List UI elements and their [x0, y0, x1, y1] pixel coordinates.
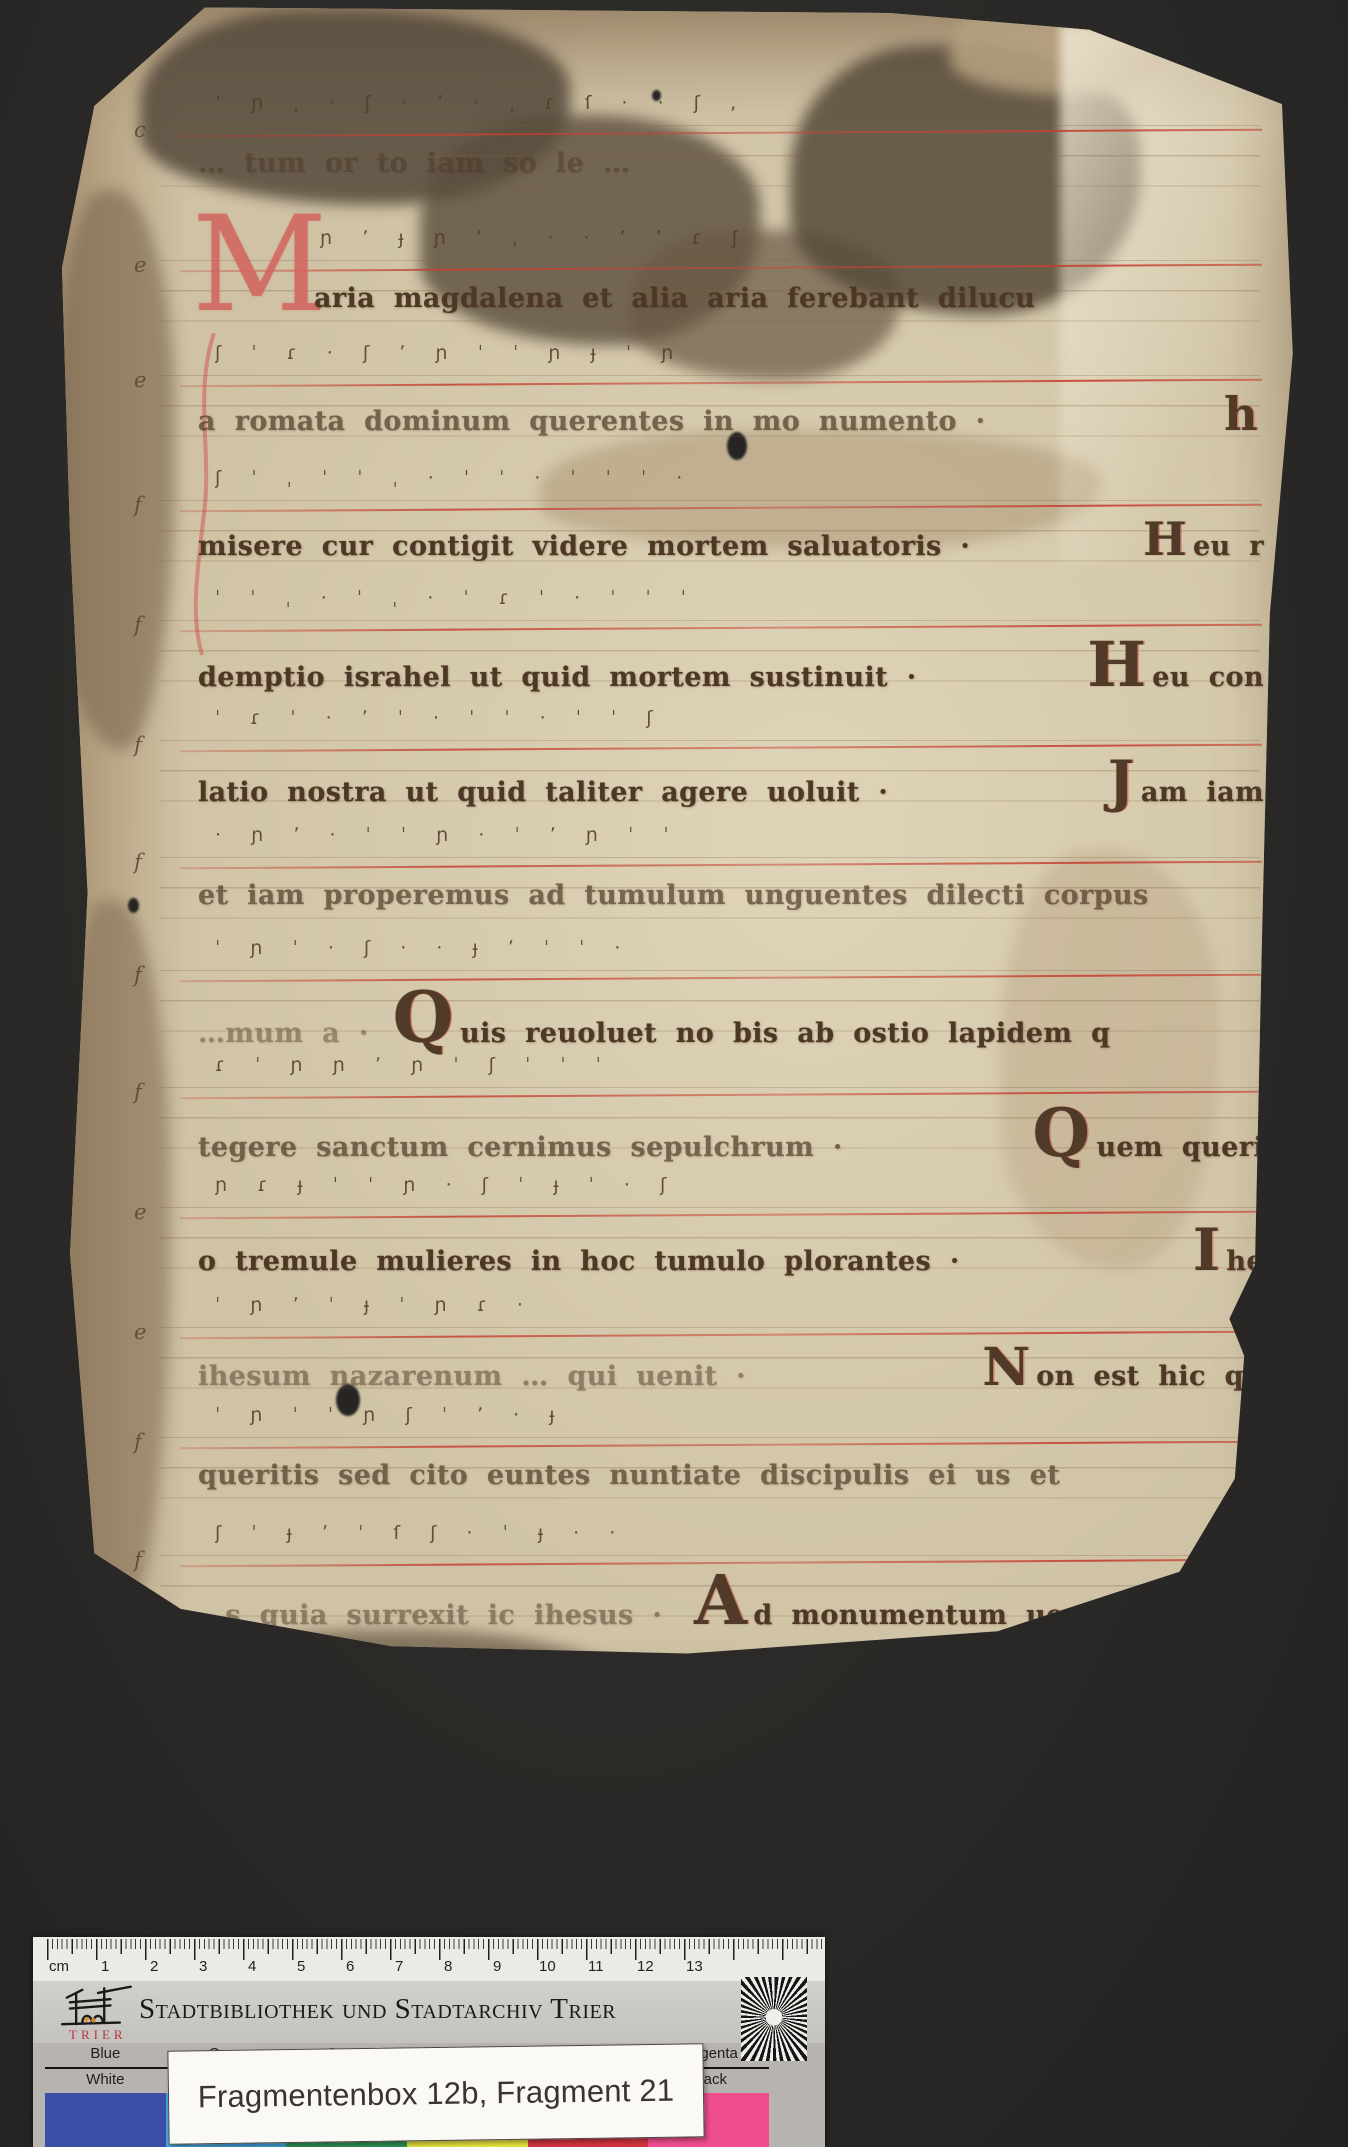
- line-tail: Non est hic qu: [968, 1350, 1264, 1392]
- chant-text-line: …mum a ·Quis reuoluet no bis ab ostio la…: [198, 993, 1264, 1049]
- versal-capital: H: [1143, 512, 1187, 566]
- ruler-mark: 12: [637, 1958, 654, 1975]
- chant-text-line: … tum or to iam so le …: [198, 148, 1264, 179]
- color-label: Blue: [45, 2045, 166, 2067]
- neume-row: ˈ ɾ ˈ · ʼ ˈ · ˈ ˈ · ˈ ˈ ʃ: [215, 707, 1258, 759]
- versal-capital: I: [1193, 1216, 1221, 1284]
- parchment-leaf: c ʼ ɲ ˌ · ʃ · ʼ · ˌ ɾ ſ · · ʃ , … tum or…: [0, 0, 1348, 1860]
- chant-text-line: o tremule mulieres in hoc tumulo plorant…: [198, 1230, 1264, 1277]
- clef-letter: e: [134, 368, 146, 392]
- stain: [170, 1630, 650, 1825]
- clef-letter: f: [134, 1548, 142, 1572]
- institution-band: TRIER Stadtbibliothek und Stadtarchiv Tr…: [33, 1981, 825, 2043]
- versal-capital: J: [1108, 749, 1135, 815]
- grey-label: White: [45, 2071, 166, 2091]
- ruler-mark: 5: [297, 1958, 305, 1975]
- clef-letter: e: [134, 1320, 146, 1344]
- ruling-lines: [160, 1646, 1260, 1742]
- shelfmark-text: Fragmentenbox 12b, Fragment 21: [198, 2073, 675, 2116]
- versal-capital: H: [1087, 628, 1146, 701]
- chant-text-line: a romata dominum querentes in mo numento…: [198, 398, 1264, 437]
- clef-letter: f: [134, 733, 142, 757]
- chant-system: f ˈ ɲ ˈ ˈ ɲ ʃ ˈ ʼ · ɟ queritis sed cito …: [120, 1402, 1270, 1518]
- ruler-mark: 6: [346, 1958, 354, 1975]
- photo-stage: c ʼ ɲ ˌ · ʃ · ʼ · ˌ ɾ ſ · · ʃ , … tum or…: [0, 0, 1348, 2147]
- ruler-mark: 10: [539, 1958, 556, 1975]
- versal-capital: A: [694, 1561, 747, 1641]
- chant-system: e ɲ ʼ ɟ ɲ ʼ ˌ · · ʼ ʼ ɾ ʃ M aria magdale…: [120, 225, 1270, 341]
- chant-system: f ˈ ɲ ˈ · ʃ · · ɟ ʼ ˈ ˈ · …mum a ·Quis r…: [120, 935, 1270, 1051]
- ruler-mark: 3: [199, 1958, 207, 1975]
- ruler-mark: 2: [150, 1958, 158, 1975]
- chant-text-line: et iam properemus ad tumulum unguentes d…: [198, 880, 1264, 911]
- clef-letter: f: [134, 1668, 142, 1692]
- clef-letter: f: [134, 1430, 142, 1454]
- porta-nigra-logo: [59, 1985, 137, 2029]
- chant-system: f ˈ ˈ ˌ · ˈ ˌ · ˈ ɾ ˈ · ˈ ˈ ˈ demptio is…: [120, 585, 1270, 701]
- logo-caption: TRIER: [69, 2027, 127, 2043]
- clef-letter: e: [134, 253, 146, 277]
- chant-system: f ɾ ˈ ɲ ɲ ʼ ɲ ˈ ʃ ˈ ˈ ˈ tegere sanctum c…: [120, 1052, 1270, 1168]
- clef-letter: f: [134, 1080, 142, 1104]
- patch-blue: [45, 2093, 166, 2147]
- chant-system: e ˈ ɲ ʼ ˈ ɟ ˈ ɲ ɾ · ihesum nazarenum … q…: [120, 1292, 1270, 1408]
- versal-capital: h: [1224, 387, 1258, 441]
- line-tail: Heu r: [1129, 523, 1264, 562]
- ruler-mark: 7: [395, 1958, 403, 1975]
- chant-text-line: ge…tes angelum domini sedentem uidimus e…: [198, 1698, 1264, 1729]
- chant-text-line: ihesum nazarenum … qui uenit ·Non est hi…: [198, 1350, 1264, 1392]
- chant-system: e ɲ ɾ ɟ ˈ ˈ ɲ · ʃ ˈ ɟ ˈ · ʃ o tremule mu…: [120, 1172, 1270, 1288]
- clef-letter: f: [134, 963, 142, 987]
- chant-system: f ˈ ˈ ɟ · · ɟ ʒ · ge…tes angelum domini …: [120, 1640, 1270, 1756]
- versal-capital: Q: [393, 993, 454, 1042]
- neume-row: ʃ ˈ ˌ ˈ ˈ ˌ · ˈ ˈ · ˈ ˈ ˈ ·: [215, 467, 1258, 519]
- ruler-mark: 1: [101, 1958, 109, 1975]
- color-reference-card: cm 1 2 3 4 5 6 7 8 9 10 11 12 13: [33, 1937, 825, 2147]
- faded-lead: …mum a ·: [198, 1018, 369, 1049]
- neume-row: ɾ ˈ ɲ ɲ ʼ ɲ ˈ ʃ ˈ ˈ ˈ: [215, 1054, 1258, 1106]
- ruler-mark: 4: [248, 1958, 256, 1975]
- line-tail: Heu con: [1073, 643, 1264, 693]
- versal-capital: Q: [1033, 1094, 1091, 1172]
- shelfmark-label: Fragmentenbox 12b, Fragment 21: [167, 2043, 704, 2144]
- clef-letter: c: [134, 118, 146, 142]
- cm-ruler: cm 1 2 3 4 5 6 7 8 9 10 11 12 13: [33, 1937, 825, 1982]
- versal-capital: N: [982, 1337, 1030, 1398]
- stain: [560, 1730, 1040, 1830]
- line-tail: Ihe: [1179, 1230, 1264, 1277]
- chant-text-line: latio nostra ut quid taliter agere uolui…: [198, 763, 1264, 808]
- ruler-mark: 8: [444, 1958, 452, 1975]
- ruler-mark: 13: [686, 1958, 703, 1975]
- chant-system: e ʃ ˈ ɾ · ʃ ʼ ɲ ˈ ˈ ɲ ɟ ˈ ɲ a romata dom…: [120, 340, 1270, 456]
- staff-line: [180, 1679, 1262, 1688]
- clef-letter: f: [134, 493, 142, 517]
- chant-text-line: aria magdalena et alia aria ferebant dil…: [198, 283, 1264, 314]
- clef-letter: f: [134, 850, 142, 874]
- neume-row: ʼ ɲ ˌ · ʃ · ʼ · ˌ ɾ ſ · · ʃ ,: [215, 92, 1258, 144]
- line-tail: h: [1210, 398, 1264, 437]
- chant-text-line: misere cur contigit videre mortem saluat…: [198, 523, 1264, 562]
- chant-text-line: …s quia surrexit ic ihesus ·Ad monumentu…: [198, 1578, 1264, 1631]
- neume-row: ˈ ˈ ɟ · · ɟ ʒ ·: [215, 1642, 1258, 1694]
- neume-row: ɲ ɾ ɟ ˈ ˈ ɲ · ʃ ˈ ɟ ˈ · ʃ: [215, 1174, 1258, 1226]
- neume-row: ˈ ɲ ʼ ˈ ɟ ˈ ɲ ɾ ·: [215, 1294, 1258, 1346]
- chant-system: f ʃ ˈ ˌ ˈ ˈ ˌ · ˈ ˈ · ˈ ˈ ˈ · misere cur…: [120, 465, 1270, 581]
- line-tail: Ad monumentum uenim…: [680, 1578, 1151, 1631]
- chant-system: f ˈ ɾ ˈ · ʼ ˈ · ˈ ˈ · ˈ ˈ ʃ latio nostra…: [120, 705, 1270, 821]
- line-tail: Quem queri: [1019, 1110, 1264, 1163]
- ruler-mark: 9: [493, 1958, 501, 1975]
- ruler-mark: 11: [588, 1958, 604, 1975]
- line-tail: Jam iam: [1094, 763, 1264, 808]
- chant-system: f · ɲ ʼ · ˈ ˈ ɲ · ˈ ʼ ɲ ˈ ˈ et iam prope…: [120, 822, 1270, 938]
- clef-letter: e: [134, 1200, 146, 1224]
- chant-text-line: queritis sed cito euntes nuntiate discip…: [198, 1460, 1264, 1491]
- chant-system: f ʃ ˈ ɟ ʼ ˈ ſ ʃ · ˈ ɟ · · …s quia surrex…: [120, 1520, 1270, 1636]
- ruler-unit: cm: [49, 1958, 69, 1975]
- chant-text-line: tegere sanctum cernimus sepulchrum ·Quem…: [198, 1110, 1264, 1163]
- neume-row: ʃ ˈ ɾ · ʃ ʼ ɲ ˈ ˈ ɲ ɟ ˈ ɲ: [215, 342, 1258, 394]
- neume-row: ˈ ɲ ˈ ˈ ɲ ʃ ˈ ʼ · ɟ: [215, 1404, 1258, 1456]
- chant-text-line: demptio israhel ut quid mortem sustinuit…: [198, 643, 1264, 693]
- neume-row: · ɲ ʼ · ˈ ˈ ɲ · ˈ ʼ ɲ ˈ ˈ: [215, 824, 1258, 876]
- clef-letter: f: [134, 613, 142, 637]
- institution-title: Stadtbibliothek und Stadtarchiv Trier: [139, 1993, 616, 2026]
- neume-row: ˈ ɲ ˈ · ʃ · · ɟ ʼ ˈ ˈ ·: [215, 937, 1258, 989]
- neume-row: ɲ ʼ ɟ ɲ ʼ ˌ · · ʼ ʼ ɾ ʃ: [320, 227, 1258, 279]
